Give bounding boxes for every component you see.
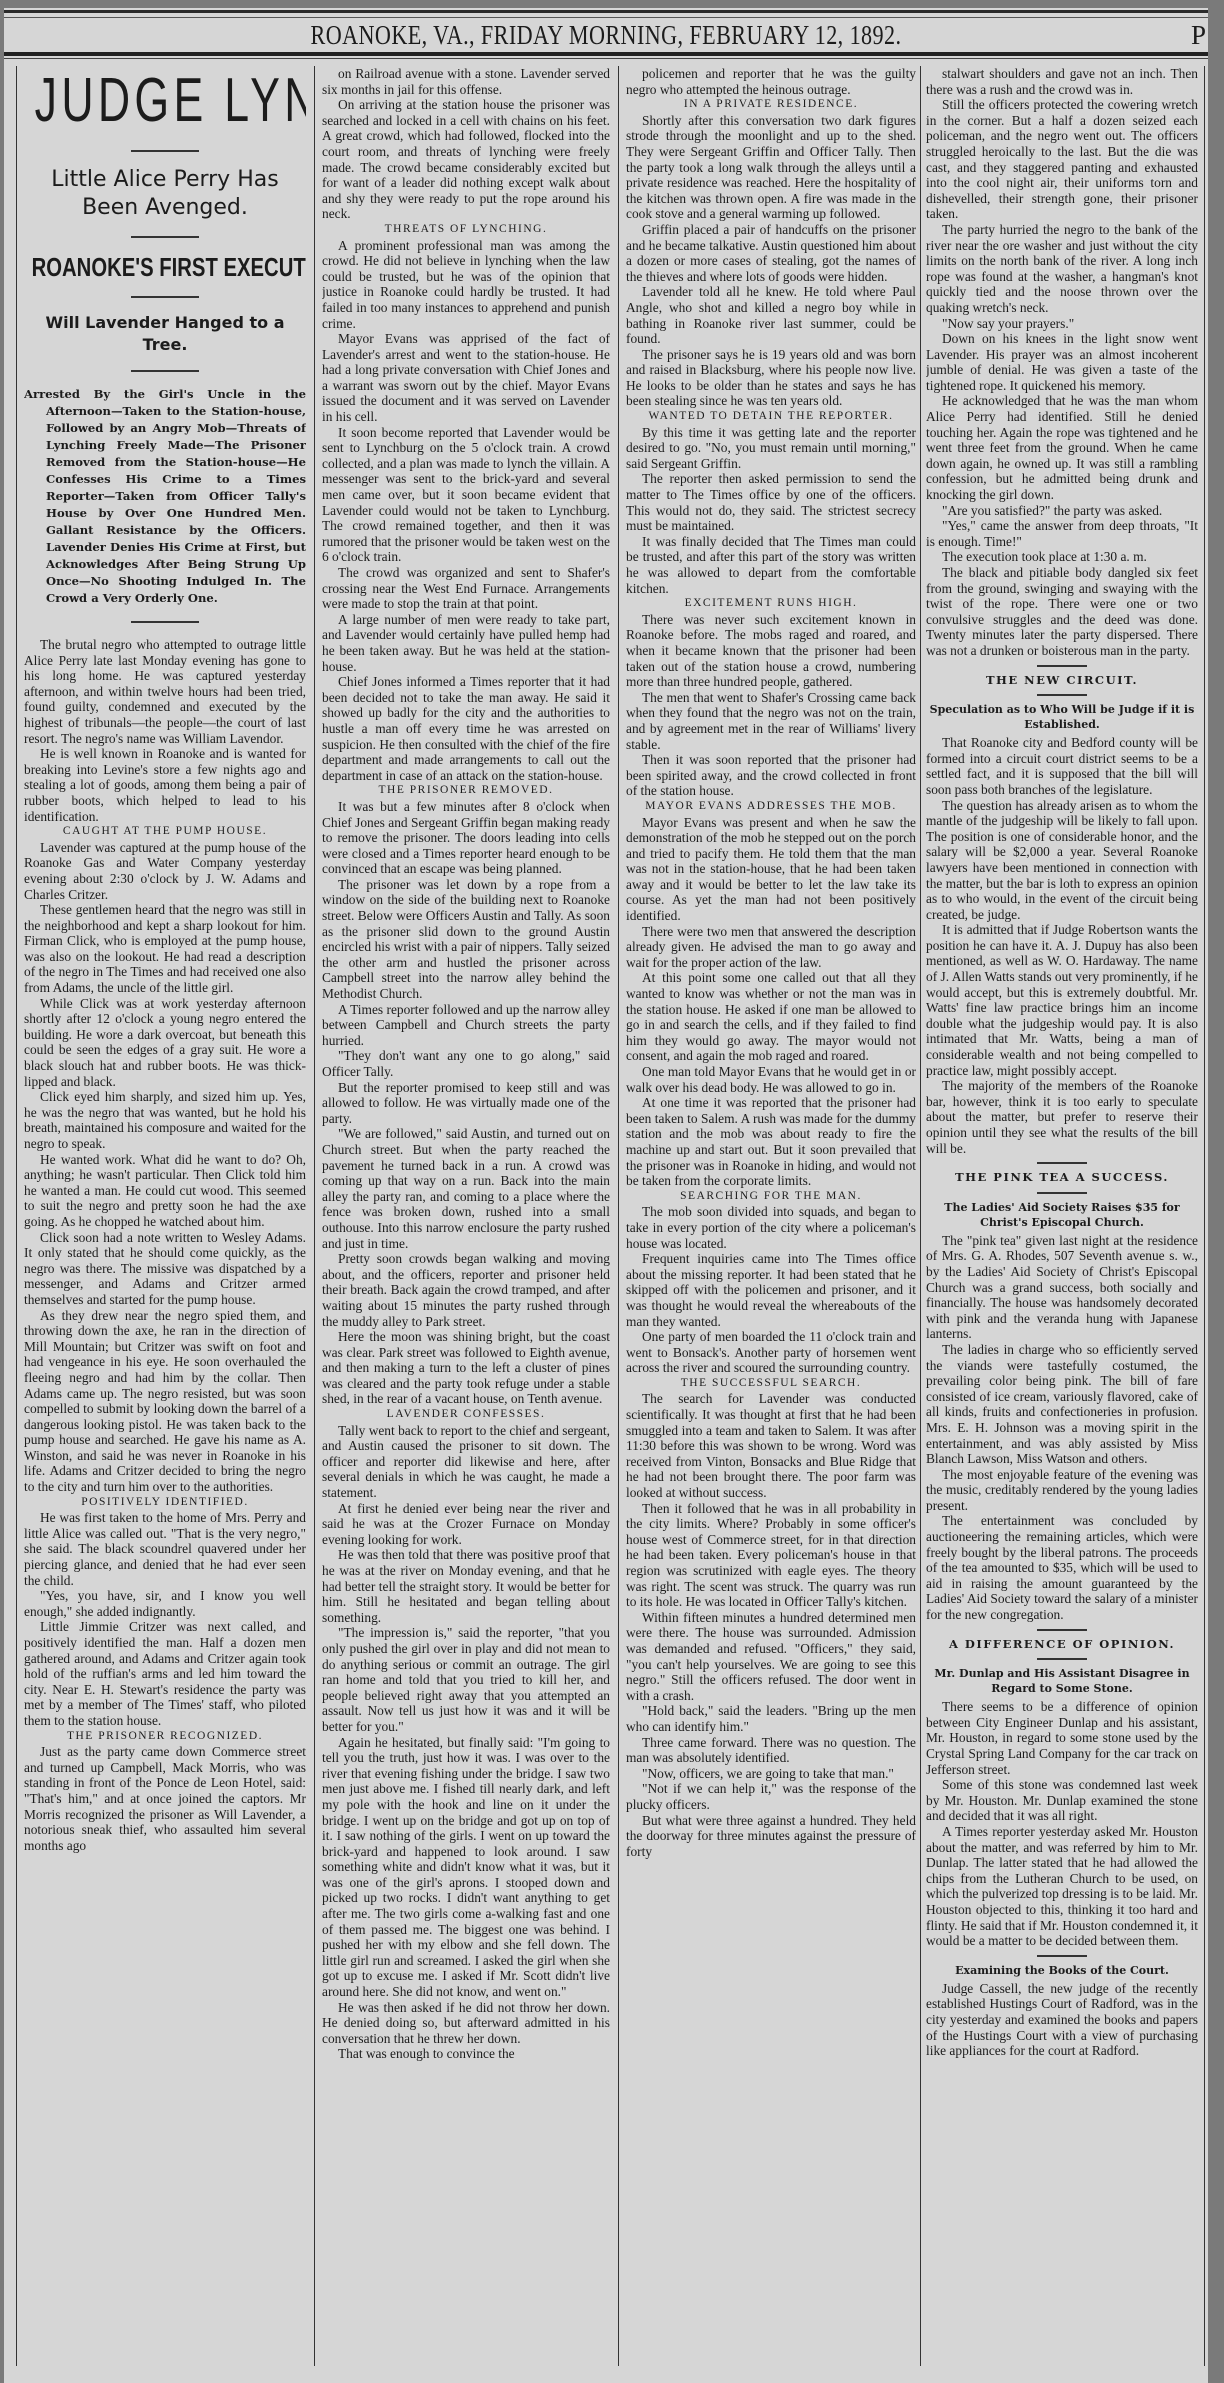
paragraph: Here the moon was shining bright, but th… [322, 1329, 610, 1407]
section-body-pinktea: The "pink tea" given last night at the r… [926, 1233, 1198, 1623]
section-subhead: SEARCHING FOR THE MAN. [626, 1189, 916, 1205]
section-subhead: EXCITEMENT RUNS HIGH. [626, 596, 916, 612]
paragraph: "Now, officers, we are going to take tha… [626, 1766, 916, 1782]
section-subhead: WANTED TO DETAIN THE REPORTER. [626, 409, 916, 425]
column-rule [1204, 66, 1205, 2366]
paragraph: It is admitted that if Judge Robertson w… [926, 922, 1198, 1078]
paragraph: "We are followed," said Austin, and turn… [322, 1126, 610, 1251]
paragraph: One party of men boarded the 11 o'clock … [626, 1329, 916, 1376]
paragraph: These gentlemen heard that the negro was… [24, 902, 306, 996]
paragraph: Three came forward. There was no questio… [626, 1735, 916, 1766]
paragraph: On arriving at the station house the pri… [322, 97, 610, 222]
paragraph: Then it was soon reported that the priso… [626, 752, 916, 799]
masthead-rule [4, 10, 1208, 13]
section-deck-opinion: Mr. Dunlap and His Assistant Disagree in… [926, 1666, 1198, 1696]
column-4: stalwart shoulders and gave not an inch.… [926, 66, 1198, 2366]
section-body-opinion: There seems to be a difference of opinio… [926, 1699, 1198, 1949]
paragraph: "Now say your prayers." [926, 316, 1198, 332]
section-subhead: THREATS OF LYNCHING. [322, 222, 610, 238]
column-3-body: policemen and reporter that he was the g… [626, 66, 916, 1859]
paragraph: The black and pitiable body dangled six … [926, 565, 1198, 659]
subheadline-bold: Will Lavender Hanged to a Tree. [24, 312, 306, 356]
paragraph: A Times reporter followed and up the nar… [322, 1002, 610, 1049]
column-2-body: on Railroad avenue with a stone. Lavende… [322, 66, 610, 2062]
paragraph: That was enough to convince the [322, 2046, 610, 2062]
column-rule [920, 66, 921, 2366]
masthead-rule [4, 17, 1208, 18]
paragraph: Then it followed that he was in all prob… [626, 1501, 916, 1610]
section-subhead: CAUGHT AT THE PUMP HOUSE. [24, 824, 306, 840]
paragraph: Down on his knees in the light snow went… [926, 331, 1198, 393]
section-body-books: Judge Cassell, the new judge of the rece… [926, 1981, 1198, 2059]
divider [1037, 1955, 1087, 1957]
paragraph: But the reporter promised to keep still … [322, 1080, 610, 1127]
paragraph: "Are you satisfied?" the party was asked… [926, 503, 1198, 519]
paragraph: "They don't want any one to go along," s… [322, 1048, 610, 1079]
paragraph: That Roanoke city and Bedford county wil… [926, 735, 1198, 797]
paragraph: The brutal negro who attempted to outrag… [24, 637, 306, 746]
divider [1037, 665, 1087, 667]
paragraph: Just as the party came down Commerce str… [24, 1744, 306, 1853]
section-deck-pinktea: The Ladies' Aid Society Raises $35 for C… [926, 1200, 1198, 1230]
paragraph: The men that went to Shafer's Crossing c… [626, 690, 916, 752]
divider [1037, 1192, 1087, 1194]
column-1: JUDGE LYNCH! Little Alice Perry Has Been… [24, 66, 306, 2366]
paragraph: "Hold back," said the leaders. "Bring up… [626, 1703, 916, 1734]
paragraph: A prominent professional man was among t… [322, 238, 610, 332]
paragraph: policemen and reporter that he was the g… [626, 66, 916, 97]
paragraph: By this time it was getting late and the… [626, 425, 916, 472]
paragraph: Shortly after this conversation two dark… [626, 113, 916, 222]
paragraph: The question has already arisen as to wh… [926, 798, 1198, 923]
paragraph: Judge Cassell, the new judge of the rece… [926, 1981, 1198, 2059]
section-subhead: THE PRISONER RECOGNIZED. [24, 1729, 306, 1745]
paragraph: Click soon had a note written to Wesley … [24, 1230, 306, 1308]
article-deck: Arrested By the Girl's Uncle in the Afte… [24, 386, 306, 607]
section-deck-circuit: Speculation as to Who Will be Judge if i… [926, 702, 1198, 732]
paragraph: "Not if we can help it," was the respons… [626, 1781, 916, 1812]
paragraph: At this point some one called out that a… [626, 970, 916, 1064]
paragraph: "The impression is," said the reporter, … [322, 1625, 610, 1734]
divider [131, 370, 199, 372]
paragraph: The crowd was organized and sent to Shaf… [322, 565, 610, 612]
paragraph: He is well known in Roanoke and is wante… [24, 746, 306, 824]
masthead-rule [4, 52, 1208, 56]
paragraph: Lavender told all he knew. He told where… [626, 284, 916, 346]
headline: JUDGE LYNCH! [35, 66, 296, 136]
newspaper-page: ROANOKE, VA., FRIDAY MORNING, FEBRUARY 1… [4, 8, 1208, 2383]
paragraph: The most enjoyable feature of the evenin… [926, 1467, 1198, 1514]
section-subhead: MAYOR EVANS ADDRESSES THE MOB. [626, 799, 916, 815]
page-marker: P [1191, 20, 1206, 51]
paragraph: Mayor Evans was apprised of the fact of … [322, 331, 610, 425]
paragraph: There were two men that answered the des… [626, 924, 916, 971]
column-rule [314, 66, 315, 2366]
paragraph: Within fifteen minutes a hundred determi… [626, 1610, 916, 1704]
section-subhead: LAVENDER CONFESSES. [322, 1407, 610, 1423]
paragraph: Chief Jones informed a Times reporter th… [322, 674, 610, 783]
masthead-title: ROANOKE, VA., FRIDAY MORNING, FEBRUARY 1… [112, 20, 1099, 51]
paragraph: Click eyed him sharply, and sized him up… [24, 1089, 306, 1151]
divider [131, 296, 199, 298]
section-title-opinion: A DIFFERENCE OF OPINION. [926, 1637, 1198, 1653]
paragraph: Frequent inquiries came into The Times o… [626, 1251, 916, 1329]
paragraph: Pretty soon crowds began walking and mov… [322, 1251, 610, 1329]
masthead-rule [4, 58, 1208, 59]
column-3: policemen and reporter that he was the g… [626, 66, 916, 2366]
paragraph: He was first taken to the home of Mrs. P… [24, 1510, 306, 1588]
paragraph: Mayor Evans was present and when he saw … [626, 815, 916, 924]
paragraph: It was but a few minutes after 8 o'clock… [322, 799, 610, 877]
paragraph: Lavender was captured at the pump house … [24, 840, 306, 902]
section-body-circuit: That Roanoke city and Bedford county wil… [926, 735, 1198, 1156]
section-subhead: THE SUCCESSFUL SEARCH. [626, 1376, 916, 1392]
divider [1037, 1658, 1087, 1660]
subheadline-caps: ROANOKE'S FIRST EXECUTION. [32, 252, 299, 282]
paragraph: Griffin placed a pair of handcuffs on th… [626, 222, 916, 284]
paragraph: It soon become reported that Lavender wo… [322, 425, 610, 565]
divider [1037, 1162, 1087, 1164]
paragraph: Tally went back to report to the chief a… [322, 1423, 610, 1501]
paragraph: The entertainment was concluded by aucti… [926, 1513, 1198, 1622]
column-4-body: stalwart shoulders and gave not an inch.… [926, 66, 1198, 659]
paragraph: Still the officers protected the cowerin… [926, 97, 1198, 222]
subheadline: Little Alice Perry Has Been Avenged. [24, 166, 306, 222]
paragraph: It was finally decided that The Times ma… [626, 534, 916, 596]
paragraph: As they drew near the negro spied them, … [24, 1308, 306, 1495]
column-rule [618, 66, 619, 2366]
paragraph: He wanted work. What did he want to do? … [24, 1152, 306, 1230]
paragraph: But what were three against a hundred. T… [626, 1813, 916, 1860]
masthead: ROANOKE, VA., FRIDAY MORNING, FEBRUARY 1… [4, 8, 1208, 58]
paragraph: The majority of the members of the Roano… [926, 1078, 1198, 1156]
paragraph: A Times reporter yesterday asked Mr. Hou… [926, 1824, 1198, 1949]
section-title-pinktea: THE PINK TEA A SUCCESS. [926, 1170, 1198, 1186]
section-subhead: THE PRISONER REMOVED. [322, 783, 610, 799]
divider [1037, 694, 1087, 696]
paragraph: Again he hesitated, but finally said: "I… [322, 1735, 610, 2000]
paragraph: The mob soon divided into squads, and be… [626, 1204, 916, 1251]
section-subhead: IN A PRIVATE RESIDENCE. [626, 97, 916, 113]
column-1-body: The brutal negro who attempted to outrag… [24, 637, 306, 1853]
paragraph: There was never such excitement known in… [626, 612, 916, 690]
section-subhead: POSITIVELY IDENTIFIED. [24, 1495, 306, 1511]
divider [131, 621, 199, 623]
paragraph: The prisoner says he is 19 years old and… [626, 347, 916, 409]
paragraph: on Railroad avenue with a stone. Lavende… [322, 66, 610, 97]
paragraph: The party hurried the negro to the bank … [926, 222, 1198, 316]
column-rule [16, 66, 17, 2366]
paragraph: Little Jimmie Critzer was next called, a… [24, 1619, 306, 1728]
divider [1037, 1629, 1087, 1631]
paragraph: The reporter then asked permission to se… [626, 471, 916, 533]
paragraph: He was then asked if he did not throw he… [322, 2000, 610, 2047]
paragraph: Some of this stone was condemned last we… [926, 1777, 1198, 1824]
paragraph: "Yes," came the answer from deep throats… [926, 518, 1198, 549]
divider [131, 236, 199, 238]
paragraph: "Yes, you have, sir, and I know you well… [24, 1588, 306, 1619]
paragraph: At first he denied ever being near the r… [322, 1501, 610, 1548]
paragraph: One man told Mayor Evans that he would g… [626, 1064, 916, 1095]
paragraph: The prisoner was let down by a rope from… [322, 877, 610, 1002]
paragraph: The search for Lavender was conducted sc… [626, 1391, 916, 1500]
paragraph: He acknowledged that he was the man whom… [926, 393, 1198, 502]
paragraph: The execution took place at 1:30 a. m. [926, 549, 1198, 565]
paragraph: The "pink tea" given last night at the r… [926, 1233, 1198, 1342]
paragraph: A large number of men were ready to take… [322, 612, 610, 674]
paragraph: The ladies in charge who so efficiently … [926, 1342, 1198, 1467]
paragraph: He was then told that there was positive… [322, 1547, 610, 1625]
paragraph: While Click was at work yesterday aftern… [24, 996, 306, 1090]
section-title-circuit: THE NEW CIRCUIT. [926, 673, 1198, 689]
paragraph: There seems to be a difference of opinio… [926, 1699, 1198, 1777]
paragraph: At one time it was reported that the pri… [626, 1095, 916, 1189]
paragraph: stalwart shoulders and gave not an inch.… [926, 66, 1198, 97]
divider [131, 150, 199, 152]
column-2: on Railroad avenue with a stone. Lavende… [322, 66, 610, 2366]
section-deck-books: Examining the Books of the Court. [926, 1963, 1198, 1978]
